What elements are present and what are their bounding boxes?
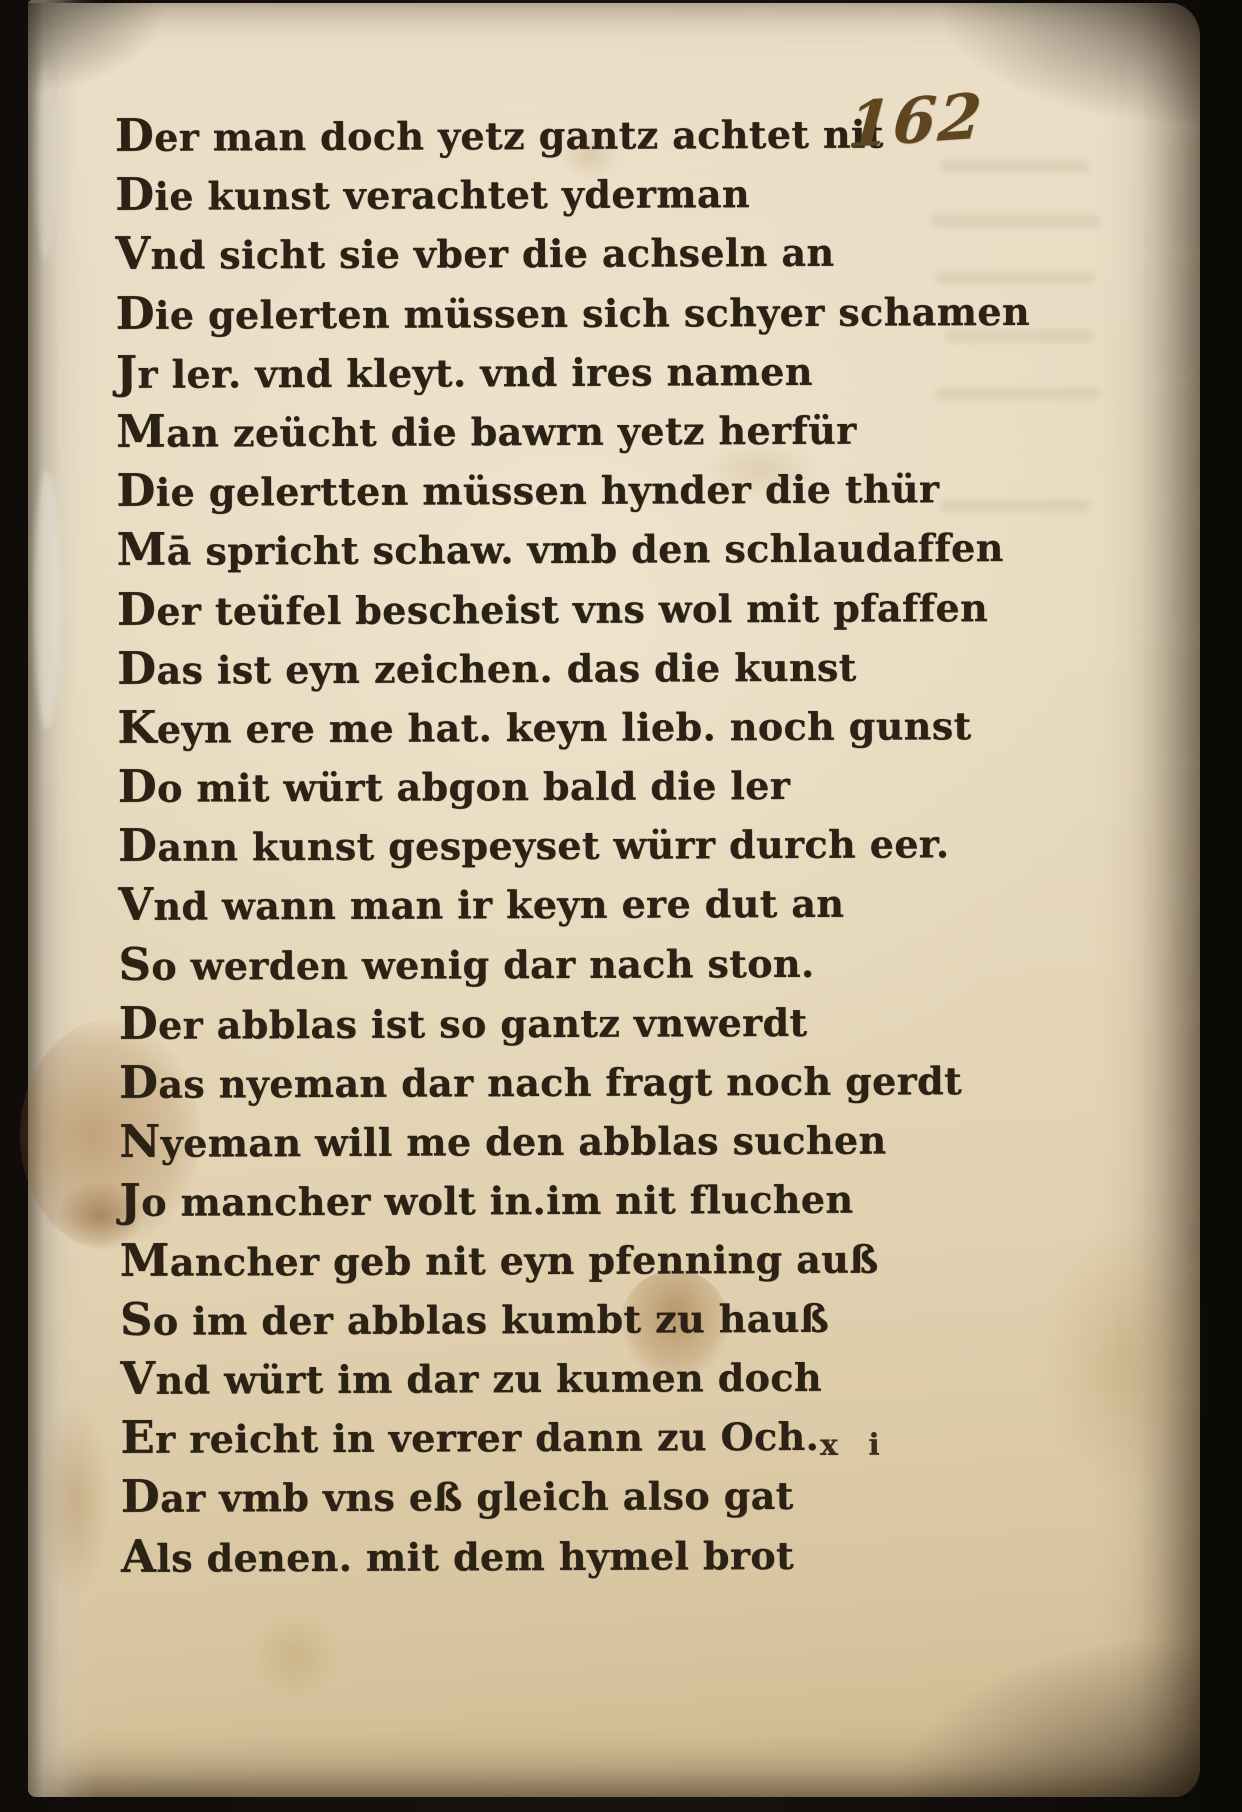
poem-line: Der teüfel bescheist vns wol mit pfaffen — [117, 576, 977, 639]
poem-line: Dann kunst gespeyset würr durch eer. — [118, 812, 978, 875]
poem-text-block: Der man doch yetz gantz achtet nit Die k… — [115, 102, 981, 1585]
poem-line: Die gelerten müssen sich schyer schamen — [116, 280, 976, 343]
poem-line: Do mit würt abgon bald die ler — [118, 753, 978, 816]
poem-line: Vnd würt im dar zu kumen doch — [120, 1345, 980, 1408]
poem-line: Jo mancher wolt in.im nit fluchen — [119, 1167, 979, 1230]
poem-line: Vnd sicht sie vber die achseln an — [115, 221, 975, 284]
spine-edge — [28, 0, 98, 1797]
poem-line: Mancher geb nit eyn pfenning auß — [120, 1227, 980, 1290]
poem-line: So im der abblas kumbt zu hauß — [120, 1286, 980, 1349]
poem-line: So werden wenig dar nach ston. — [118, 931, 978, 994]
paper-edge-streak — [36, 60, 56, 260]
poem-line: Keyn ere me hat. keyn lieb. noch gunst — [117, 694, 977, 757]
poem-line: Das nyeman dar nach fragt noch gerdt — [119, 1049, 979, 1112]
poem-line: Mā spricht schaw. vmb den schlaudaffen — [117, 516, 977, 579]
paper-edge-streak — [34, 470, 60, 730]
poem-line: Die gelertten müssen hynder die thür — [116, 457, 976, 520]
poem-line: Vnd wann man ir keyn ere dut an — [118, 872, 978, 935]
poem-line: Jr ler. vnd kleyt. vnd ires namen — [116, 339, 976, 402]
poem-line: Die kunst verachtet yderman — [115, 161, 975, 224]
poem-line: Der abblas ist so gantz vnwerdt — [119, 990, 979, 1053]
poem-line: Das ist eyn zeichen. das die kunst — [117, 635, 977, 698]
poem-line: Als denen. mit dem hymel brot — [121, 1523, 981, 1586]
folio-number-handwritten: 162 — [846, 79, 986, 162]
poem-line: Nyeman will me den abblas suchen — [119, 1108, 979, 1171]
scanned-book-page: Der man doch yetz gantz achtet nit Die k… — [0, 0, 1242, 1812]
quire-signature: x i — [820, 1428, 890, 1463]
poem-line: Man zeücht die bawrn yetz herfür — [116, 398, 976, 461]
poem-line: Dar vmb vns eß gleich also gat — [121, 1463, 981, 1526]
